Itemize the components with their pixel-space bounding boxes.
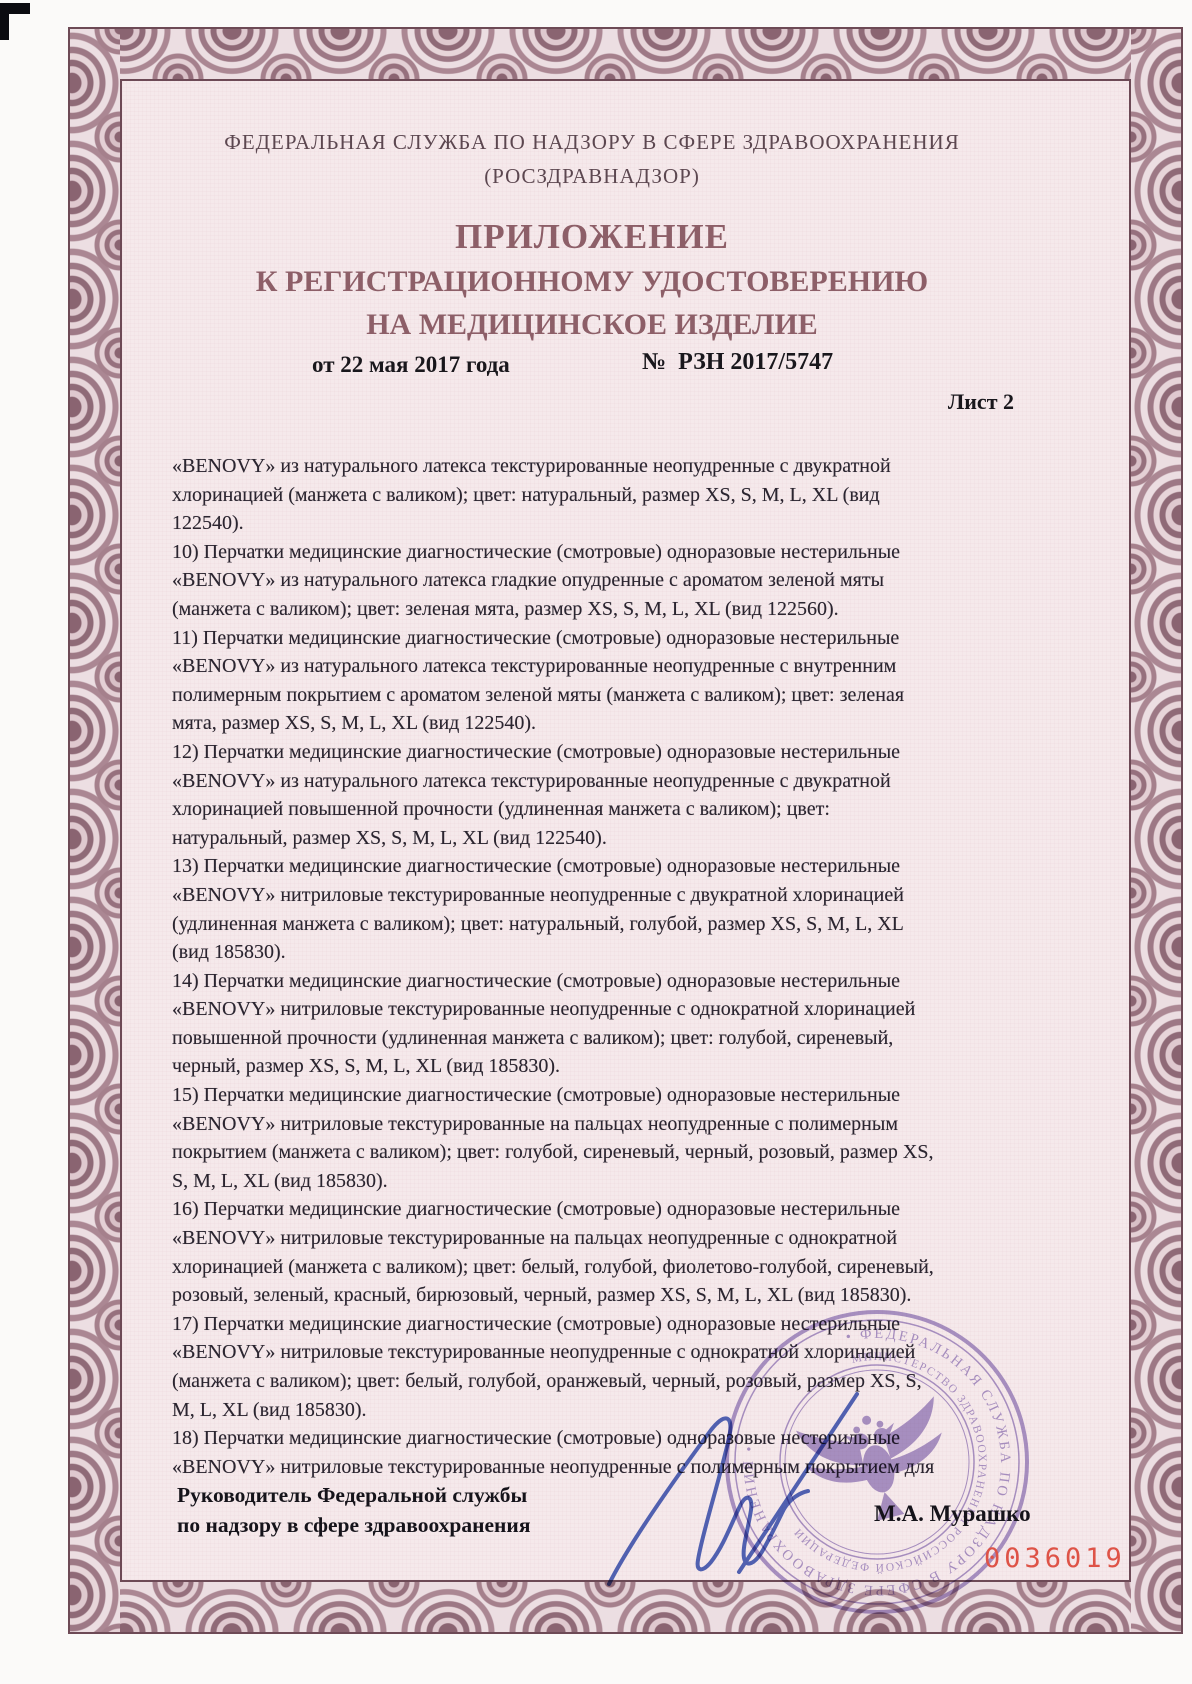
certificate-paper: ФЕДЕРАЛЬНАЯ СЛУЖБА ПО НАДЗОРУ В СФЕРЕ ЗД… xyxy=(120,79,1131,1582)
decorative-border-top xyxy=(70,29,1181,79)
issue-date: от 22 мая 2017 года xyxy=(312,352,510,378)
signature-autograph xyxy=(587,1372,887,1622)
sheet-number: Лист 2 xyxy=(822,389,1014,415)
decorative-border-left xyxy=(70,29,120,1632)
body-line: 15) Перчатки медицинские диагностические… xyxy=(172,1081,1022,1110)
registration-number: № РЗН 2017/5747 xyxy=(642,349,833,376)
body-line: 16) Перчатки медицинские диагностические… xyxy=(172,1195,1022,1224)
body-line: (вид 185830). xyxy=(172,938,1022,967)
body-line: хлоринацией (манжета с валиком); цвет: н… xyxy=(172,481,1022,510)
document-title: ПРИЛОЖЕНИЕ К РЕГИСТРАЦИОННОМУ УДОСТОВЕРЕ… xyxy=(167,214,1017,346)
body-line: 13) Перчатки медицинские диагностические… xyxy=(172,852,1022,881)
scanned-certificate-page: ФЕДЕРАЛЬНАЯ СЛУЖБА ПО НАДЗОРУ В СФЕРЕ ЗД… xyxy=(0,0,1192,1684)
body-line: 11) Перчатки медицинские диагностические… xyxy=(172,624,1022,653)
body-line: хлоринацией (манжета с валиком); цвет: б… xyxy=(172,1253,1022,1282)
body-line: «BENOVY» из натурального латекса текстур… xyxy=(172,452,1022,481)
scan-artifact xyxy=(0,3,9,40)
body-line: 12) Перчатки медицинские диагностические… xyxy=(172,738,1022,767)
signatory-name: М.А. Мурашко xyxy=(874,1501,1031,1527)
agency-name: ФЕДЕРАЛЬНАЯ СЛУЖБА ПО НАДЗОРУ В СФЕРЕ ЗД… xyxy=(167,125,1017,159)
title-line-3: НА МЕДИЦИНСКОЕ ИЗДЕЛИЕ xyxy=(167,303,1017,346)
body-line: 10) Перчатки медицинские диагностические… xyxy=(172,538,1022,567)
title-line-2: К РЕГИСТРАЦИОННОМУ УДОСТОВЕРЕНИЮ xyxy=(167,260,1017,303)
body-line: натуральный, размер XS, S, M, L, XL (вид… xyxy=(172,824,1022,853)
body-line: «BENOVY» из натурального латекса текстур… xyxy=(172,767,1022,796)
title-line-1: ПРИЛОЖЕНИЕ xyxy=(167,214,1017,260)
decorative-border-right xyxy=(1131,29,1181,1632)
body-line: хлоринацией повышенной прочности (удлине… xyxy=(172,795,1022,824)
body-line: черный, размер XS, S, M, L, XL (вид 1858… xyxy=(172,1052,1022,1081)
body-line: «BENOVY» нитриловые текстурированные нео… xyxy=(172,995,1022,1024)
body-line: 122540). xyxy=(172,509,1022,538)
body-line: 14) Перчатки медицинские диагностические… xyxy=(172,967,1022,996)
body-line: (удлиненная манжета с валиком); цвет: на… xyxy=(172,910,1022,939)
body-line: «BENOVY» из натурального латекса текстур… xyxy=(172,652,1022,681)
body-line: полимерным покрытием с ароматом зеленой … xyxy=(172,681,1022,710)
agency-short-name: (РОСЗДРАВНАДЗОР) xyxy=(167,159,1017,193)
body-line: «BENOVY» нитриловые текстурированные нео… xyxy=(172,881,1022,910)
body-line: мята, размер XS, S, M, L, XL (вид 122540… xyxy=(172,709,1022,738)
body-line: «BENOVY» нитриловые текстурированные на … xyxy=(172,1224,1022,1253)
body-line: (манжета с валиком); цвет: зеленая мята,… xyxy=(172,595,1022,624)
serial-number: 0036019 xyxy=(984,1543,1126,1574)
agency-header: ФЕДЕРАЛЬНАЯ СЛУЖБА ПО НАДЗОРУ В СФЕРЕ ЗД… xyxy=(167,125,1017,193)
body-line: покрытием (манжета с валиком); цвет: гол… xyxy=(172,1138,1022,1167)
body-line: S, M, L, XL (вид 185830). xyxy=(172,1167,1022,1196)
body-line: «BENOVY» нитриловые текстурированные на … xyxy=(172,1110,1022,1139)
body-line: повышенной прочности (удлиненная манжета… xyxy=(172,1024,1022,1053)
certificate-frame: ФЕДЕРАЛЬНАЯ СЛУЖБА ПО НАДЗОРУ В СФЕРЕ ЗД… xyxy=(68,27,1183,1634)
body-line: «BENOVY» из натурального латекса гладкие… xyxy=(172,566,1022,595)
